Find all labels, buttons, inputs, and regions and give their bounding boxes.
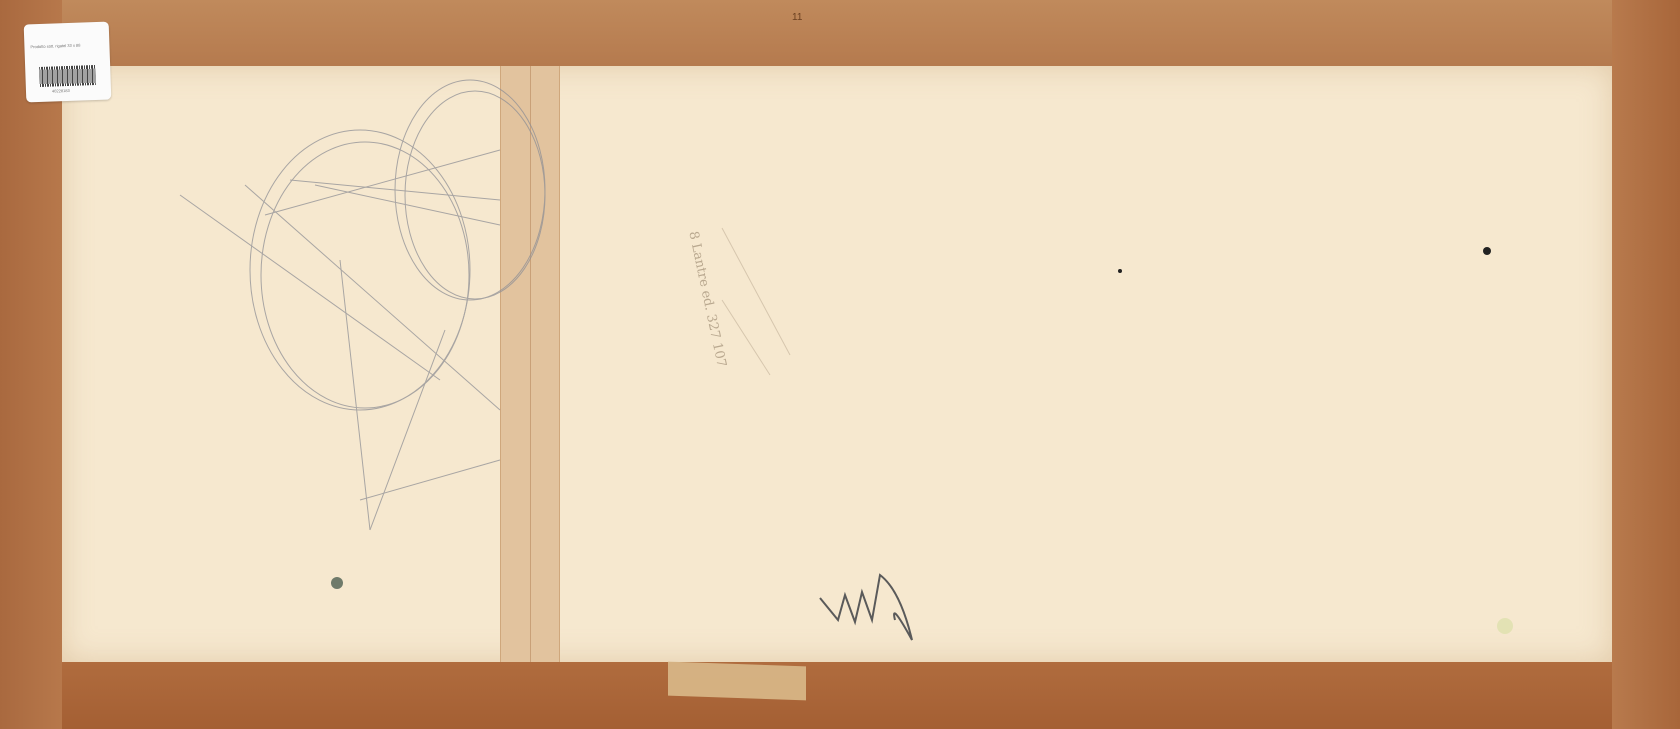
label-text: Prodotto sott. rigatel 33 x 88 [30,43,80,50]
barcode-number: 40228183 [52,88,70,94]
inventory-label: Prodotto sott. rigatel 33 x 88 40228183 [24,22,112,103]
barcode-icon [39,65,96,87]
pencil-scribbles [0,0,1680,729]
signature [820,575,912,640]
